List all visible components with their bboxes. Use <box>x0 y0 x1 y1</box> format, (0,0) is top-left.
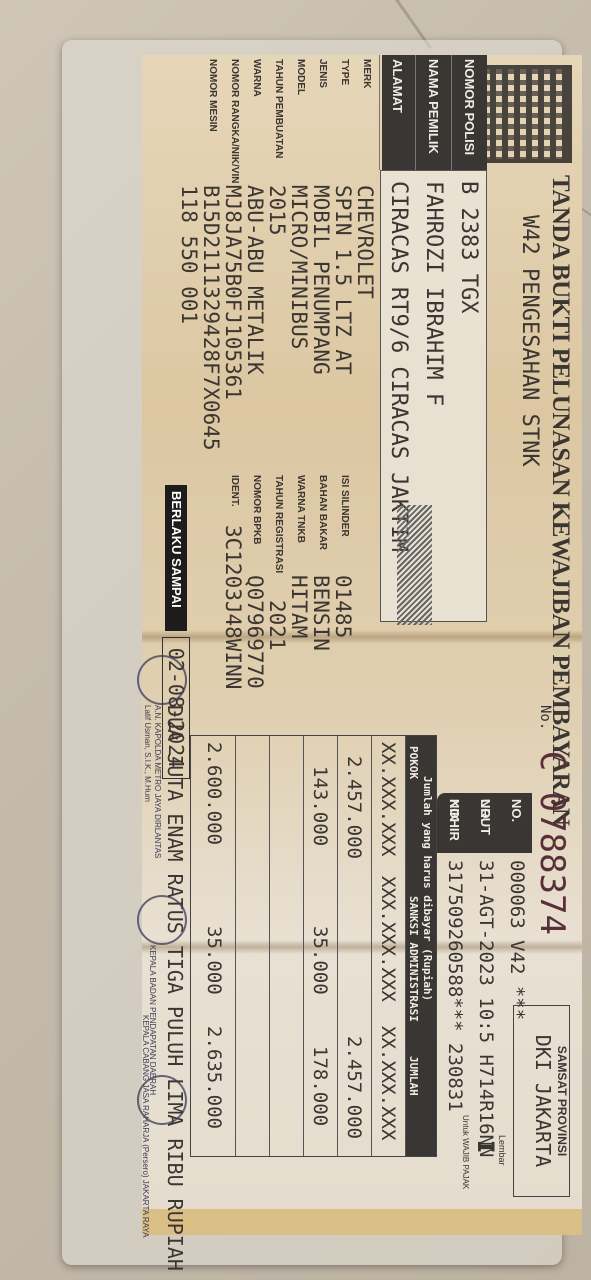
payment-table-header: Jumlah yang harus dibayar (Rupiah) POKOK… <box>406 736 436 1156</box>
col-pokok: POKOK <box>407 746 420 779</box>
label-nomor-mesin: NOMOR MESIN <box>207 59 218 132</box>
payment-table: Jumlah yang harus dibayar (Rupiah) POKOK… <box>190 735 437 1157</box>
fold-crease <box>142 630 582 644</box>
serial-number: No. C 0788374 <box>532 705 572 935</box>
label-ident: IDENT. <box>229 475 240 507</box>
berlaku-sampai-label: BERLAKU SAMPAI <box>165 485 187 631</box>
label-warna: WARNA <box>251 59 262 97</box>
table-row <box>235 736 270 1156</box>
qr-code-icon <box>474 65 572 163</box>
nomor-polisi-value: B 2383 TGX <box>451 171 486 621</box>
cell-pokok: 2.600.000 <box>203 742 225 845</box>
signature-1-title: A.N. KAPOLDA METRO JAYA DIRLANTAS <box>153 705 162 858</box>
table-row: XX.XXX.XXX XXX.XXX.XXX XX.XXX.XXX <box>371 736 406 1156</box>
warna-value: ABU-ABU METALIK <box>243 185 267 375</box>
nomor-bpkb-value: Q07969770 <box>243 575 267 689</box>
cell-jumlah: XX.XXX.XXX <box>377 1026 399 1140</box>
label-jenis: JENIS <box>317 59 328 88</box>
cell-pokok: 2.457.000 <box>343 756 365 859</box>
label-nomor-bpkb: NOMOR BPKB <box>251 475 262 544</box>
cell-jumlah: 2.635.000 <box>203 1026 225 1129</box>
samsat-value: DKI JAKARTA <box>531 1006 555 1196</box>
cell-jumlah: 178.000 <box>309 1046 331 1126</box>
nomor-mesin-value: B15D2111329428F7X0645 <box>199 185 223 451</box>
nik-value: 317509260588*** 230831 <box>439 860 470 1157</box>
col-sanksi: SANKSI ADMINISTRASI <box>407 896 420 1022</box>
extra-engine-line: 118 550 001 <box>177 185 201 324</box>
label-merk: MERK <box>361 59 372 88</box>
document-subtitle: W42 PENGESAHAN STNK <box>517 215 542 467</box>
tahun-pembuatan-value: 2015 <box>265 185 289 236</box>
lembar-value: I <box>472 1140 497 1153</box>
gold-strip <box>142 1209 582 1235</box>
cell-pokok: 143.000 <box>309 766 331 846</box>
type-value: SPIN 1.5 LTZ AT <box>331 185 355 375</box>
col-jumlah: JUMLAH <box>407 1056 420 1096</box>
jenis-value: MOBIL PENUMPANG <box>309 185 333 375</box>
samsat-box: SAMSAT PROVINSI DKI JAKARTA <box>513 1005 570 1197</box>
bahan-bakar-value: BENSIN <box>309 575 333 651</box>
table-row: 143.000 35.000 178.000 <box>303 736 338 1156</box>
samsat-title: SAMSAT PROVINSI <box>555 1006 569 1196</box>
label-nama-pemilik: NAMA PEMILIK <box>415 55 451 170</box>
model-value: MICRO/MINIBUS <box>287 185 311 349</box>
cell-sanksi: 35.000 <box>309 926 331 995</box>
isi-silinder-value: 01485 <box>331 575 355 638</box>
no-kohir-value: 31-AGT-2023 10:5 H714R16NN <box>470 860 501 1157</box>
amount-in-words: DUA JUTA ENAM RATUS TIGA PULUH LIMA RIBU… <box>163 705 187 1271</box>
table-row: 2.600.000 35.000 2.635.000 <box>190 736 236 1156</box>
label-tahun-pembuatan: TAHUN PEMBUATAN <box>273 59 284 158</box>
serial-value: C 0788374 <box>532 751 572 935</box>
merk-value: CHEVROLET <box>353 185 377 299</box>
signature-1-name: Latif Usman, S.I.K., M.Hum <box>143 705 152 802</box>
cell-pokok: XX.XXX.XXX <box>377 742 399 856</box>
serial-no-label: No. <box>537 705 553 730</box>
cell-sanksi: XXX.XXX.XXX <box>377 876 399 1002</box>
label-bahan-bakar: BAHAN BAKAR <box>317 475 328 550</box>
cell-jumlah: 2.457.000 <box>343 1036 365 1139</box>
bapenda-stamp-icon <box>137 895 187 945</box>
police-stamp-icon <box>137 655 187 705</box>
tahun-registrasi-value: 2021 <box>265 600 289 651</box>
label-nomor-rangka: NOMOR RANGKA/NIK/VIN <box>229 59 240 183</box>
receipt-labels: NO. URUT NO. KOHIR NIK <box>437 793 532 853</box>
label-nomor-polisi: NOMOR POLISI <box>451 55 487 170</box>
lembar-note: Untuk WAJIB PAJAK <box>461 1115 470 1189</box>
label-tahun-registrasi: TAHUN REGISTRASI <box>273 475 284 573</box>
label-model: MODEL <box>295 59 306 95</box>
security-hatch <box>397 505 432 625</box>
warna-tnkb-value: HITAM <box>287 575 311 638</box>
cell-sanksi: 35.000 <box>203 926 225 995</box>
lembar-label: Lembar <box>497 1135 507 1166</box>
label-isi-silinder: ISI SILINDER <box>339 475 350 537</box>
ident-value: 3C1203J48WINN <box>221 525 245 689</box>
nomor-rangka-value: MJ8JA75B0FJ105361 <box>221 185 245 400</box>
label-no-urut: NO. URUT <box>501 793 532 853</box>
owner-labels: NOMOR POLISI NAMA PEMILIK ALAMAT <box>382 55 487 170</box>
stnk-receipt-document: TANDA BUKTI PELUNASAN KEWAJIBAN PEMBAYAR… <box>142 55 582 1235</box>
table-header-title: Jumlah yang harus dibayar (Rupiah) <box>421 776 434 1001</box>
label-warna-tnkb: WARNA TNKB <box>295 475 306 543</box>
table-row <box>269 736 304 1156</box>
signature-3-title: KEPALA CABANG JASA RAHARJA (Persero) JAK… <box>141 1015 150 1237</box>
table-row: 2.457.000 2.457.000 <box>337 736 372 1156</box>
label-type: TYPE <box>339 59 350 85</box>
label-alamat: ALAMAT <box>379 55 415 170</box>
